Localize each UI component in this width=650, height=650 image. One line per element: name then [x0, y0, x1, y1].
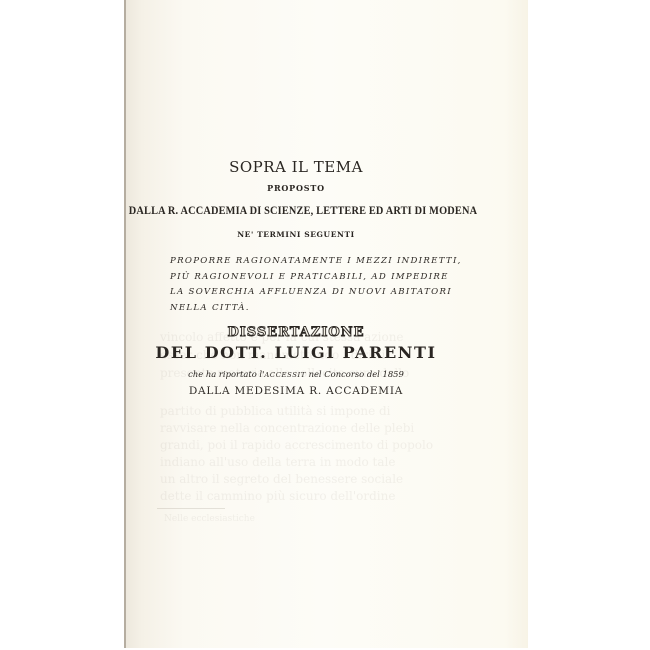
- bleed-through-line: indiano all'uso della terra in modo tale: [160, 455, 395, 469]
- accessit-before: che ha riportato l': [188, 369, 264, 379]
- medesima-line: DALLA MEDESIMA R. ACCADEMIA: [0, 385, 621, 397]
- bleed-through-footnote: Nelle ecclesiastiche: [164, 514, 255, 524]
- bleed-through-line: ravvisare nella concentrazione delle ple…: [160, 421, 414, 435]
- title-heading: SOPRA IL TEMA: [0, 158, 621, 176]
- bleed-through-line: un altro il segreto del benessere social…: [160, 472, 403, 486]
- dissertazione-heading: DISSERTAZIONE: [0, 325, 621, 340]
- quote-line: PIÙ RAGIONEVOLI E PRATICABILI, AD IMPEDI…: [170, 270, 490, 286]
- accessit-smallcaps: ACCESSIT: [264, 371, 305, 379]
- proposto-label: PROPOSTO: [0, 183, 621, 193]
- quote-line: LA SOVERCHIA AFFLUENZA DI NUOVI ABITATOR…: [170, 285, 490, 301]
- accessit-after: nel Concorso del 1859: [306, 369, 404, 379]
- book-page: vincolo affetto e per la cui stessa azio…: [124, 0, 528, 648]
- quote-line: PROPORRE RAGIONATAMENTE I MEZZI INDIRETT…: [170, 254, 490, 270]
- bleed-through-line: dette il cammino più sicuro dell'ordine: [160, 489, 395, 503]
- footnote-rule-bleed: [157, 508, 225, 509]
- termini-label: NE' TERMINI SEGUENTI: [0, 230, 621, 239]
- bleed-through-line: partito di pubblica utilità si impone di: [160, 404, 391, 418]
- academy-line: DALLA R. ACCADEMIA DI SCIENZE, LETTERE E…: [24, 203, 583, 218]
- accessit-line: che ha riportato l'ACCESSIT nel Concorso…: [0, 369, 621, 379]
- bleed-through-line: grandi, poi il rapido accrescimento di p…: [160, 438, 433, 452]
- competition-question: PROPORRE RAGIONATAMENTE I MEZZI INDIRETT…: [170, 254, 490, 316]
- quote-line: NELLA CITTÀ.: [170, 301, 490, 317]
- author-line: DEL DOTT. LUIGI PARENTI: [0, 343, 621, 362]
